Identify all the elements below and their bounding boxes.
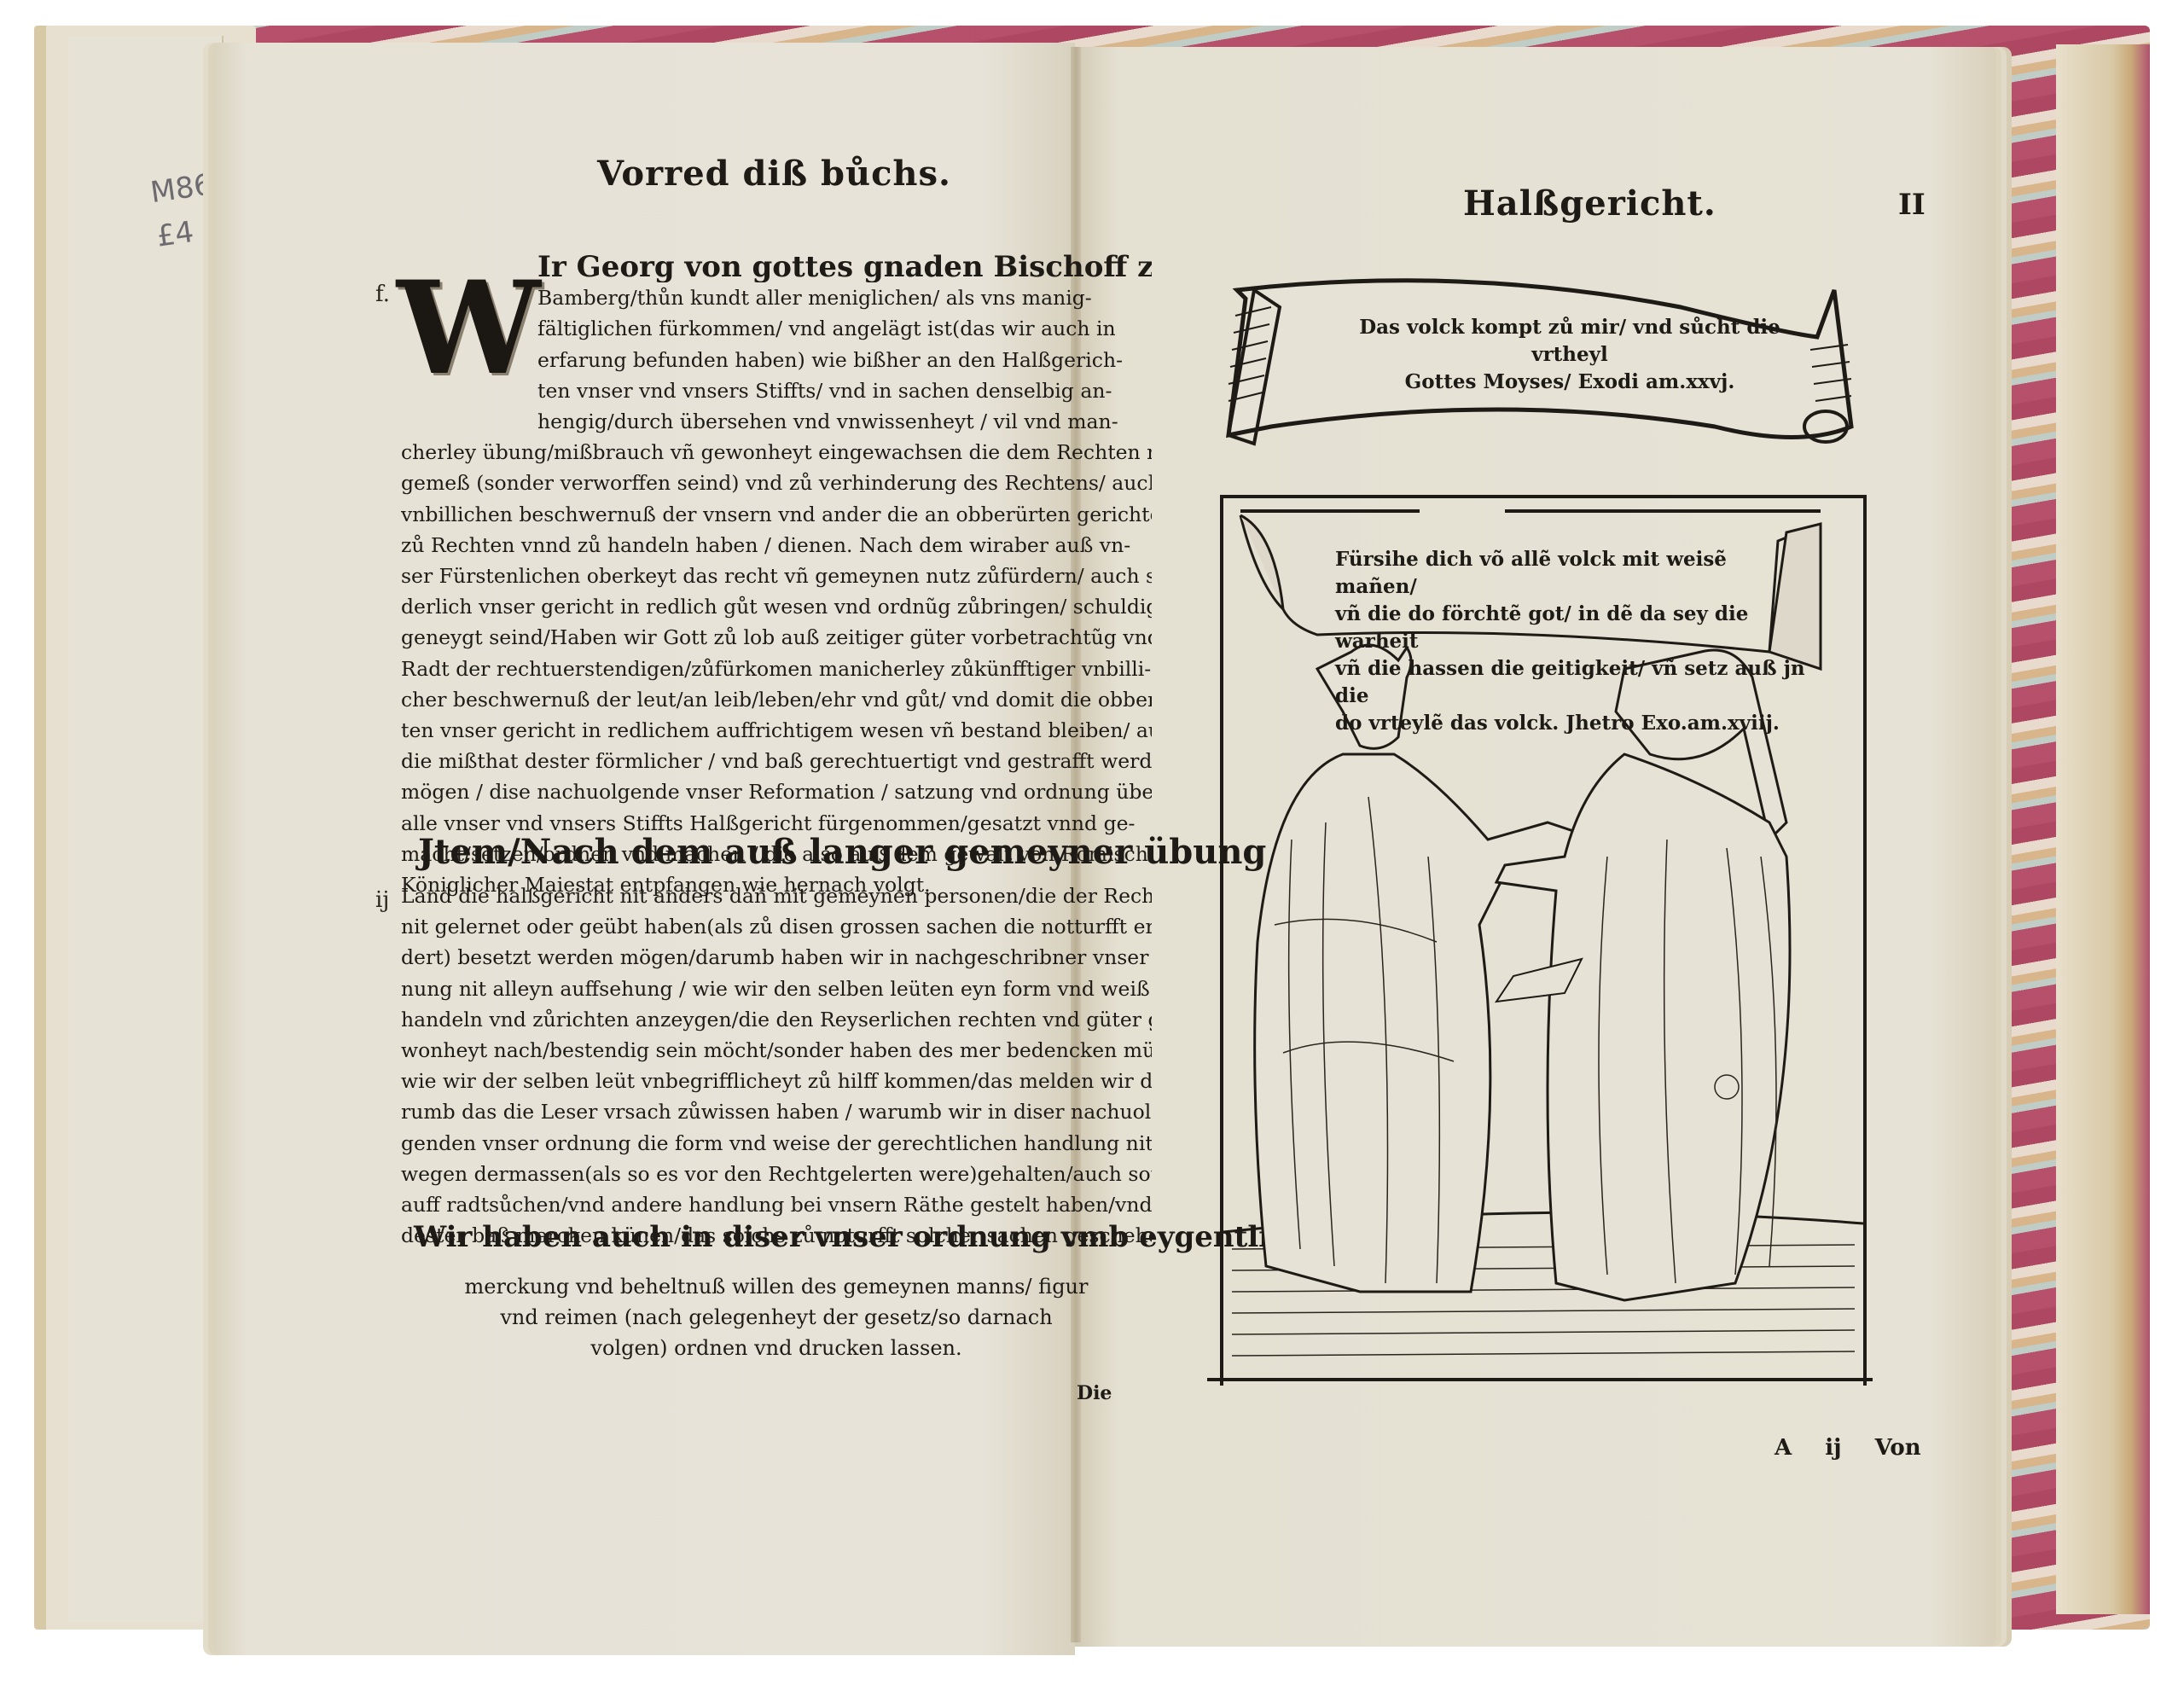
text-line: genden vnser ordnung die form vnd weise … — [401, 1128, 1152, 1159]
closing-heading: Wir haben auch in diser vnser ordnung vm… — [414, 1220, 1342, 1254]
text-line: Radt der rechtuerstendigen/zůfürkomen ma… — [401, 654, 1152, 684]
woodcut-base-line — [1207, 1378, 1873, 1381]
text-line: vñ die do förchtẽ got/ in dẽ da sey die … — [1335, 601, 1813, 655]
text-line: ten vnser vnd vnsers Stiffts/ vnd in sac… — [401, 375, 1152, 406]
text-line: nit gelernet oder geübt haben(als zů dis… — [401, 911, 1152, 942]
text-line: wonheyt nach/bestendig sein möcht/sonder… — [401, 1035, 1152, 1066]
preface-paragraph-1: Ir Georg von gottes gnaden Bischoff zů B… — [401, 252, 1152, 900]
preface-paragraph-2: Land die halßgericht nit anders dañ mit … — [401, 880, 1152, 1251]
woodcut-scroll-inscription: Fürsihe dich võ allẽ volck mit weisẽ mañ… — [1335, 546, 1813, 737]
text-line: cher beschwernuß der leut/an leib/leben/… — [401, 684, 1152, 715]
text-line: handeln vnd zůrichten anzeygen/die den R… — [401, 1004, 1152, 1035]
text-line: Ir Georg von gottes gnaden Bischoff zů — [401, 252, 1152, 282]
annotation-line: M86 — [148, 162, 215, 215]
text-line: hengig/durch übersehen vnd vnwissenheyt … — [401, 406, 1152, 437]
flyleaf — [68, 36, 224, 1623]
text-line: cherley übung/mißbrauch vñ gewonheyt ein… — [401, 437, 1152, 468]
text-line: rumb das die Leser vrsach zůwissen haben… — [401, 1096, 1152, 1127]
marginal-note-2: ij — [375, 887, 389, 913]
text-line: Land die halßgericht nit anders dañ mit … — [401, 880, 1152, 911]
folio-number: II — [1898, 188, 1926, 222]
text-line: die mißthat dester förmlicher / vnd baß … — [401, 746, 1152, 776]
text-line: derlich vnser gericht in redlich gůt wes… — [401, 591, 1152, 622]
marginal-note-1: f. — [375, 282, 390, 307]
text-line: merckung vnd beheltnuß willen des gemeyn… — [427, 1271, 1126, 1302]
running-head-right: Halßgericht. — [1463, 183, 1716, 224]
text-line: dert) besetzt werden mögen/darumb haben … — [401, 942, 1152, 973]
text-line: Das volck kompt zů mir/ vnd sůcht die vr… — [1331, 314, 1809, 369]
text-line: fältiglichen fürkommen/ vnd angelägt ist… — [401, 313, 1152, 344]
text-line: Bamberg/thůn kundt aller meniglichen/ al… — [401, 282, 1152, 313]
text-line: erfarung befunden haben) wie bißher an d… — [401, 345, 1152, 375]
text-line: ten vnser gericht in redlichem auffricht… — [401, 715, 1152, 746]
banner-inscription: Das volck kompt zů mir/ vnd sůcht die vr… — [1331, 314, 1809, 396]
text-line: vñ die hassen die geitigkeit/ vñ setz au… — [1335, 655, 1813, 710]
running-head-left: Vorred diß bůchs. — [597, 154, 951, 194]
signature-and-catchword: A ij Von — [1774, 1435, 1921, 1461]
text-line: Gottes Moyses/ Exodi am.xxvj. — [1331, 369, 1809, 396]
closing-paragraph: merckung vnd beheltnuß willen des gemeyn… — [427, 1271, 1126, 1363]
pencil-annotation: M86 £4 — [148, 162, 221, 259]
text-line: zů Rechten vnnd zů handeln haben / diene… — [401, 530, 1152, 561]
text-line: wegen dermassen(als so es vor den Rechtg… — [401, 1159, 1152, 1189]
text-line: auff radtsůchen/vnd andere handlung bei … — [401, 1189, 1152, 1220]
text-line: ser Fürstenlichen oberkeyt das recht vñ … — [401, 561, 1152, 591]
text-line: gemeß (sonder verworffen seind) vnd zů v… — [401, 468, 1152, 498]
text-line: geneygt seind/Haben wir Gott zů lob auß … — [401, 622, 1152, 653]
annotation-line: £4 — [154, 206, 221, 259]
text-line: Fürsihe dich võ allẽ volck mit weisẽ mañ… — [1335, 546, 1813, 601]
text-line: mögen / dise nachuolgende vnser Reformat… — [401, 776, 1152, 807]
catchword-right: Von — [1875, 1435, 1921, 1461]
signature-mark: A ij — [1774, 1435, 1842, 1461]
text-line: vnd reimen (nach gelegenheyt der gesetz/… — [427, 1302, 1126, 1333]
text-line: wie wir der selben leüt vnbegrifflicheyt… — [401, 1066, 1152, 1096]
text-line: volgen) ordnen vnd drucken lassen. — [427, 1333, 1126, 1363]
catchword-left: Die — [1077, 1382, 1112, 1404]
text-line: nung nit alleyn auffsehung / wie wir den… — [401, 973, 1152, 1004]
right-board — [2056, 44, 2150, 1614]
text-line: vnbillichen beschwernuß der vnsern vnd a… — [401, 499, 1152, 530]
text-line: do vrteylẽ das volck. Jhetro Exo.am.xvii… — [1335, 710, 1813, 737]
